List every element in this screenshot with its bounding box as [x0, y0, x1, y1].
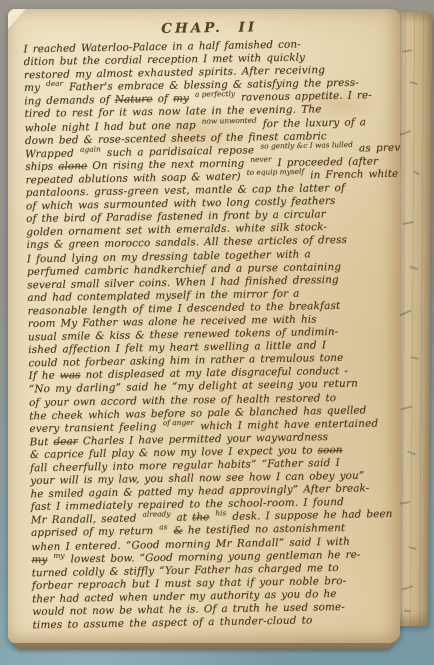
pencil-mark [408, 546, 416, 550]
handwritten-text: ships [25, 160, 58, 173]
photo-background: CHAP. II I reached Waterloo-Palace in a … [0, 0, 434, 665]
struck-word: & [173, 525, 183, 537]
handwritten-text [209, 511, 214, 523]
handwritten-text: as previous hard- [354, 140, 400, 154]
pencil-mark [399, 501, 410, 504]
pencil-mark [404, 609, 411, 612]
pencil-mark [403, 221, 414, 225]
pencil-mark [409, 266, 418, 270]
handwritten-text: he testified no astonishment [183, 522, 345, 537]
struck-word: Nature [115, 93, 153, 106]
struck-word: my [173, 93, 189, 105]
interlinear-insertion: already [142, 508, 170, 522]
pencil-mark [401, 585, 413, 590]
handwritten-text: ravenous appetite. I re- [236, 90, 372, 104]
handwritten-text: apprised of my return [31, 525, 158, 539]
pencil-mark [400, 405, 412, 410]
handwritten-text: But [30, 436, 54, 448]
handwritten-text: my [24, 82, 45, 94]
struck-word: was [60, 369, 81, 381]
handwritten-text: whole night I had but one nap [25, 119, 201, 134]
handwritten-text [47, 553, 52, 565]
struck-word: the [192, 512, 210, 524]
handwritten-text: Wrapped [25, 147, 79, 160]
pencil-mark [399, 130, 411, 136]
pencil-mark [410, 81, 418, 85]
handwritten-text: desk. I suppose he had been [227, 508, 392, 523]
handwritten-text: at [171, 512, 192, 524]
handwritten-text: in French white silk [305, 167, 400, 181]
manuscript-page: CHAP. II I reached Waterloo-Palace in a … [8, 9, 400, 643]
handwritten-text: for the luxury of a [258, 116, 367, 130]
interlinear-insertion: his [215, 507, 226, 520]
manuscript-text: CHAP. II I reached Waterloo-Palace in a … [23, 14, 400, 632]
interlinear-insertion: a perfectly [195, 87, 235, 101]
interlinear-insertion: to equip myself [246, 165, 304, 179]
interlinear-insertion: so gently &c I was lulled [260, 138, 353, 153]
interlinear-insertion: again [80, 142, 101, 155]
handwritten-text: repeated ablutions with soap & water) [25, 170, 245, 186]
interlinear-insertion: now unwonted [201, 113, 256, 127]
pencil-mark [402, 49, 412, 52]
handwritten-text [189, 93, 194, 105]
handwritten-text: such a paridisaical repose [102, 144, 260, 159]
pencil-mark [413, 170, 420, 175]
interlinear-insertion: never [250, 152, 271, 165]
manuscript-lines: I reached Waterloo-Palace in a half fami… [23, 37, 400, 632]
handwritten-text: of [153, 93, 174, 105]
pencil-mark [411, 356, 419, 359]
pencil-mark [407, 450, 416, 455]
struck-word: dear [53, 435, 78, 447]
interlinear-insertion: my [53, 548, 64, 561]
interlinear-insertion: as [159, 521, 167, 534]
pencil-mark [399, 309, 411, 316]
handwritten-text: Mr Randall, seated [31, 513, 142, 527]
struck-word: my [31, 553, 47, 565]
handwritten-text: ing demands of [24, 94, 115, 108]
handwritten-text: If he [29, 370, 60, 382]
struck-word: soon [318, 444, 343, 456]
struck-word: alone [58, 160, 87, 172]
interlinear-insertion: of anger [163, 415, 195, 429]
interlinear-insertion: dear [46, 77, 63, 90]
